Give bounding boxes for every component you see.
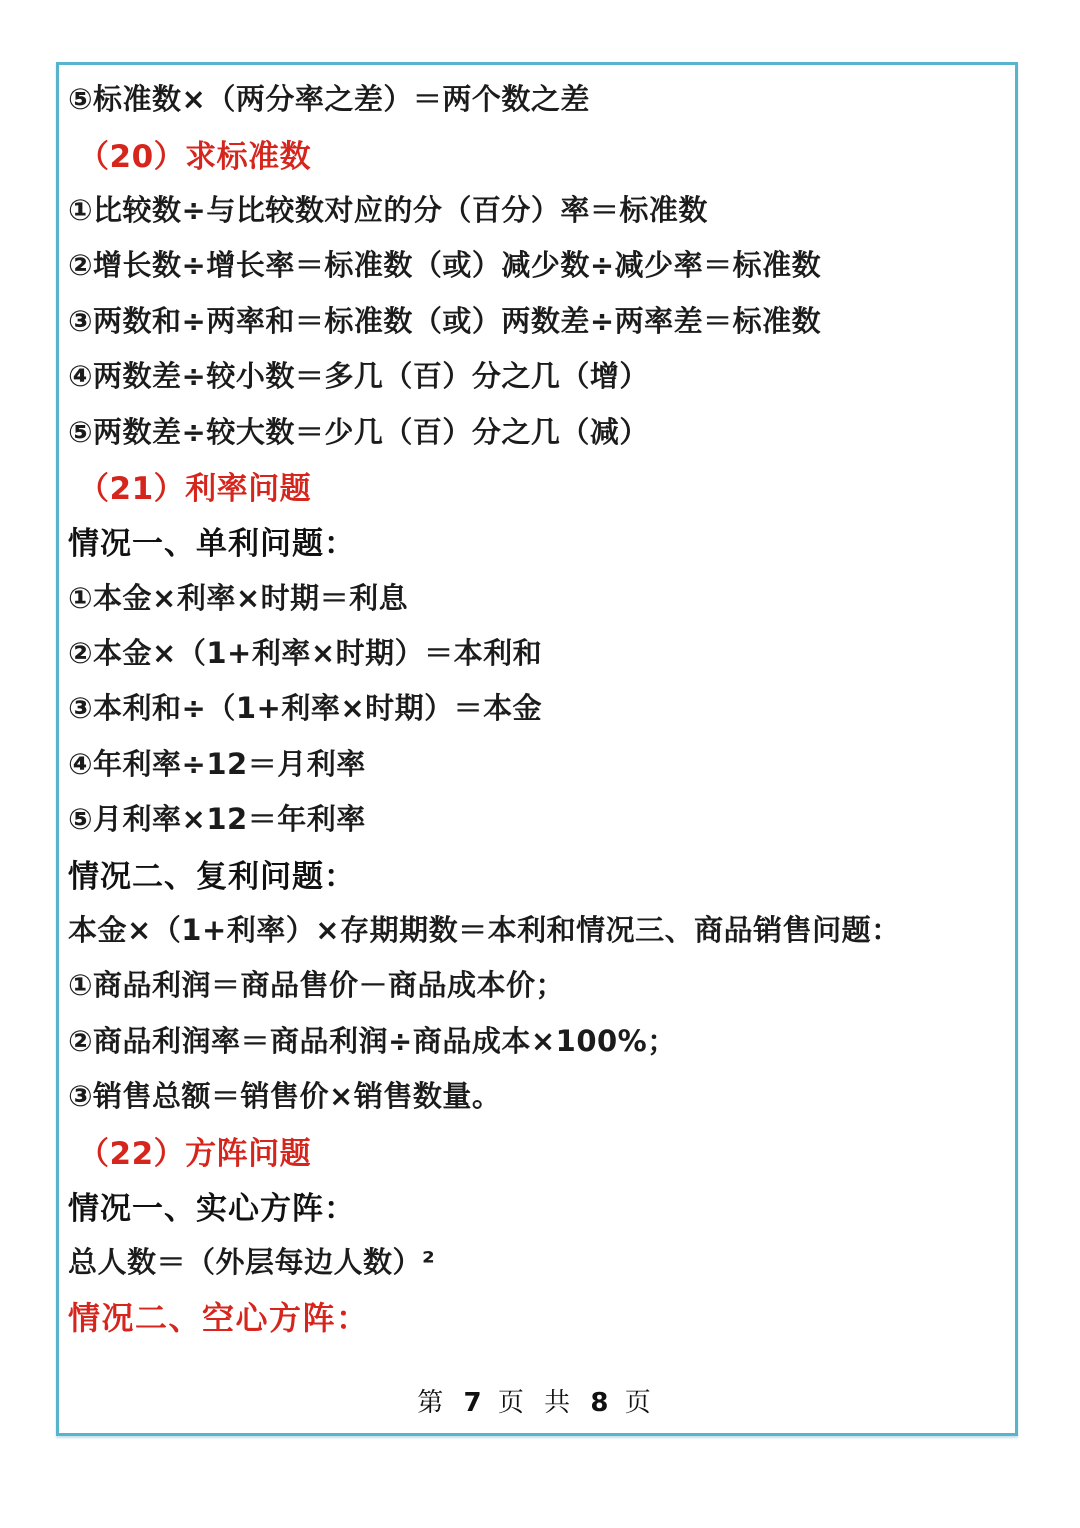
formula-line: ④年利率÷12＝月利率 (68, 735, 1009, 790)
page-footer: 第 7 页 共 8 页 (59, 1382, 1015, 1419)
formula-line: ②本金×（1+利率×时期）＝本利和 (68, 624, 1009, 679)
footer-label-mid-1: 页 (498, 1388, 530, 1418)
formula-line: ②商品利润率＝商品利润÷商品成本×100%； (68, 1012, 1009, 1067)
section-heading: 情况一、实心方阵： (68, 1178, 1009, 1233)
formula-line: ②增长数÷增长率＝标准数（或）减少数÷减少率＝标准数 (68, 236, 1009, 291)
footer-total-pages: 8 (590, 1388, 610, 1418)
formula-line: ④两数差÷较小数＝多几（百）分之几（增） (68, 347, 1009, 402)
section-heading: （21）利率问题 (68, 458, 1009, 513)
formula-line: ③销售总额＝销售价×销售数量。 (68, 1067, 1009, 1122)
section-heading: 情况一、单利问题： (68, 513, 1009, 568)
formula-line: ⑤月利率×12＝年利率 (68, 790, 1009, 845)
footer-label-mid-2: 共 (544, 1388, 576, 1418)
formula-line: ①本金×利率×时期＝利息 (68, 569, 1009, 624)
formula-line: 总人数＝（外层每边人数）² (68, 1233, 1009, 1288)
section-heading: （22）方阵问题 (68, 1122, 1009, 1177)
formula-line: ⑤标准数×（两分率之差）＝两个数之差 (68, 70, 1009, 125)
formula-line: ③两数和÷两率和＝标准数（或）两数差÷两率差＝标准数 (68, 292, 1009, 347)
formula-line: ③本利和÷（1+利率×时期）＝本金 (68, 679, 1009, 734)
section-heading: （20）求标准数 (68, 125, 1009, 180)
formula-line: ①比较数÷与比较数对应的分（百分）率＝标准数 (68, 181, 1009, 236)
page-background: { "colors": { "accent_red": "#d5251c", "… (0, 0, 1080, 1528)
document-page-border: ⑤标准数×（两分率之差）＝两个数之差（20）求标准数①比较数÷与比较数对应的分（… (56, 62, 1018, 1436)
formula-line: 本金×（1+利率）×存期期数＝本利和情况三、商品销售问题： (68, 901, 1009, 956)
formula-line: ⑤两数差÷较大数＝少几（百）分之几（减） (68, 402, 1009, 457)
footer-label-after: 页 (625, 1388, 657, 1418)
section-heading: 情况二、空心方阵： (68, 1289, 1009, 1344)
formula-list: ⑤标准数×（两分率之差）＝两个数之差（20）求标准数①比较数÷与比较数对应的分（… (68, 70, 1009, 1344)
footer-label-before: 第 (417, 1388, 449, 1418)
section-heading: 情况二、复利问题： (68, 845, 1009, 900)
formula-line: ①商品利润＝商品售价－商品成本价； (68, 956, 1009, 1011)
footer-page-number: 7 (463, 1388, 483, 1418)
